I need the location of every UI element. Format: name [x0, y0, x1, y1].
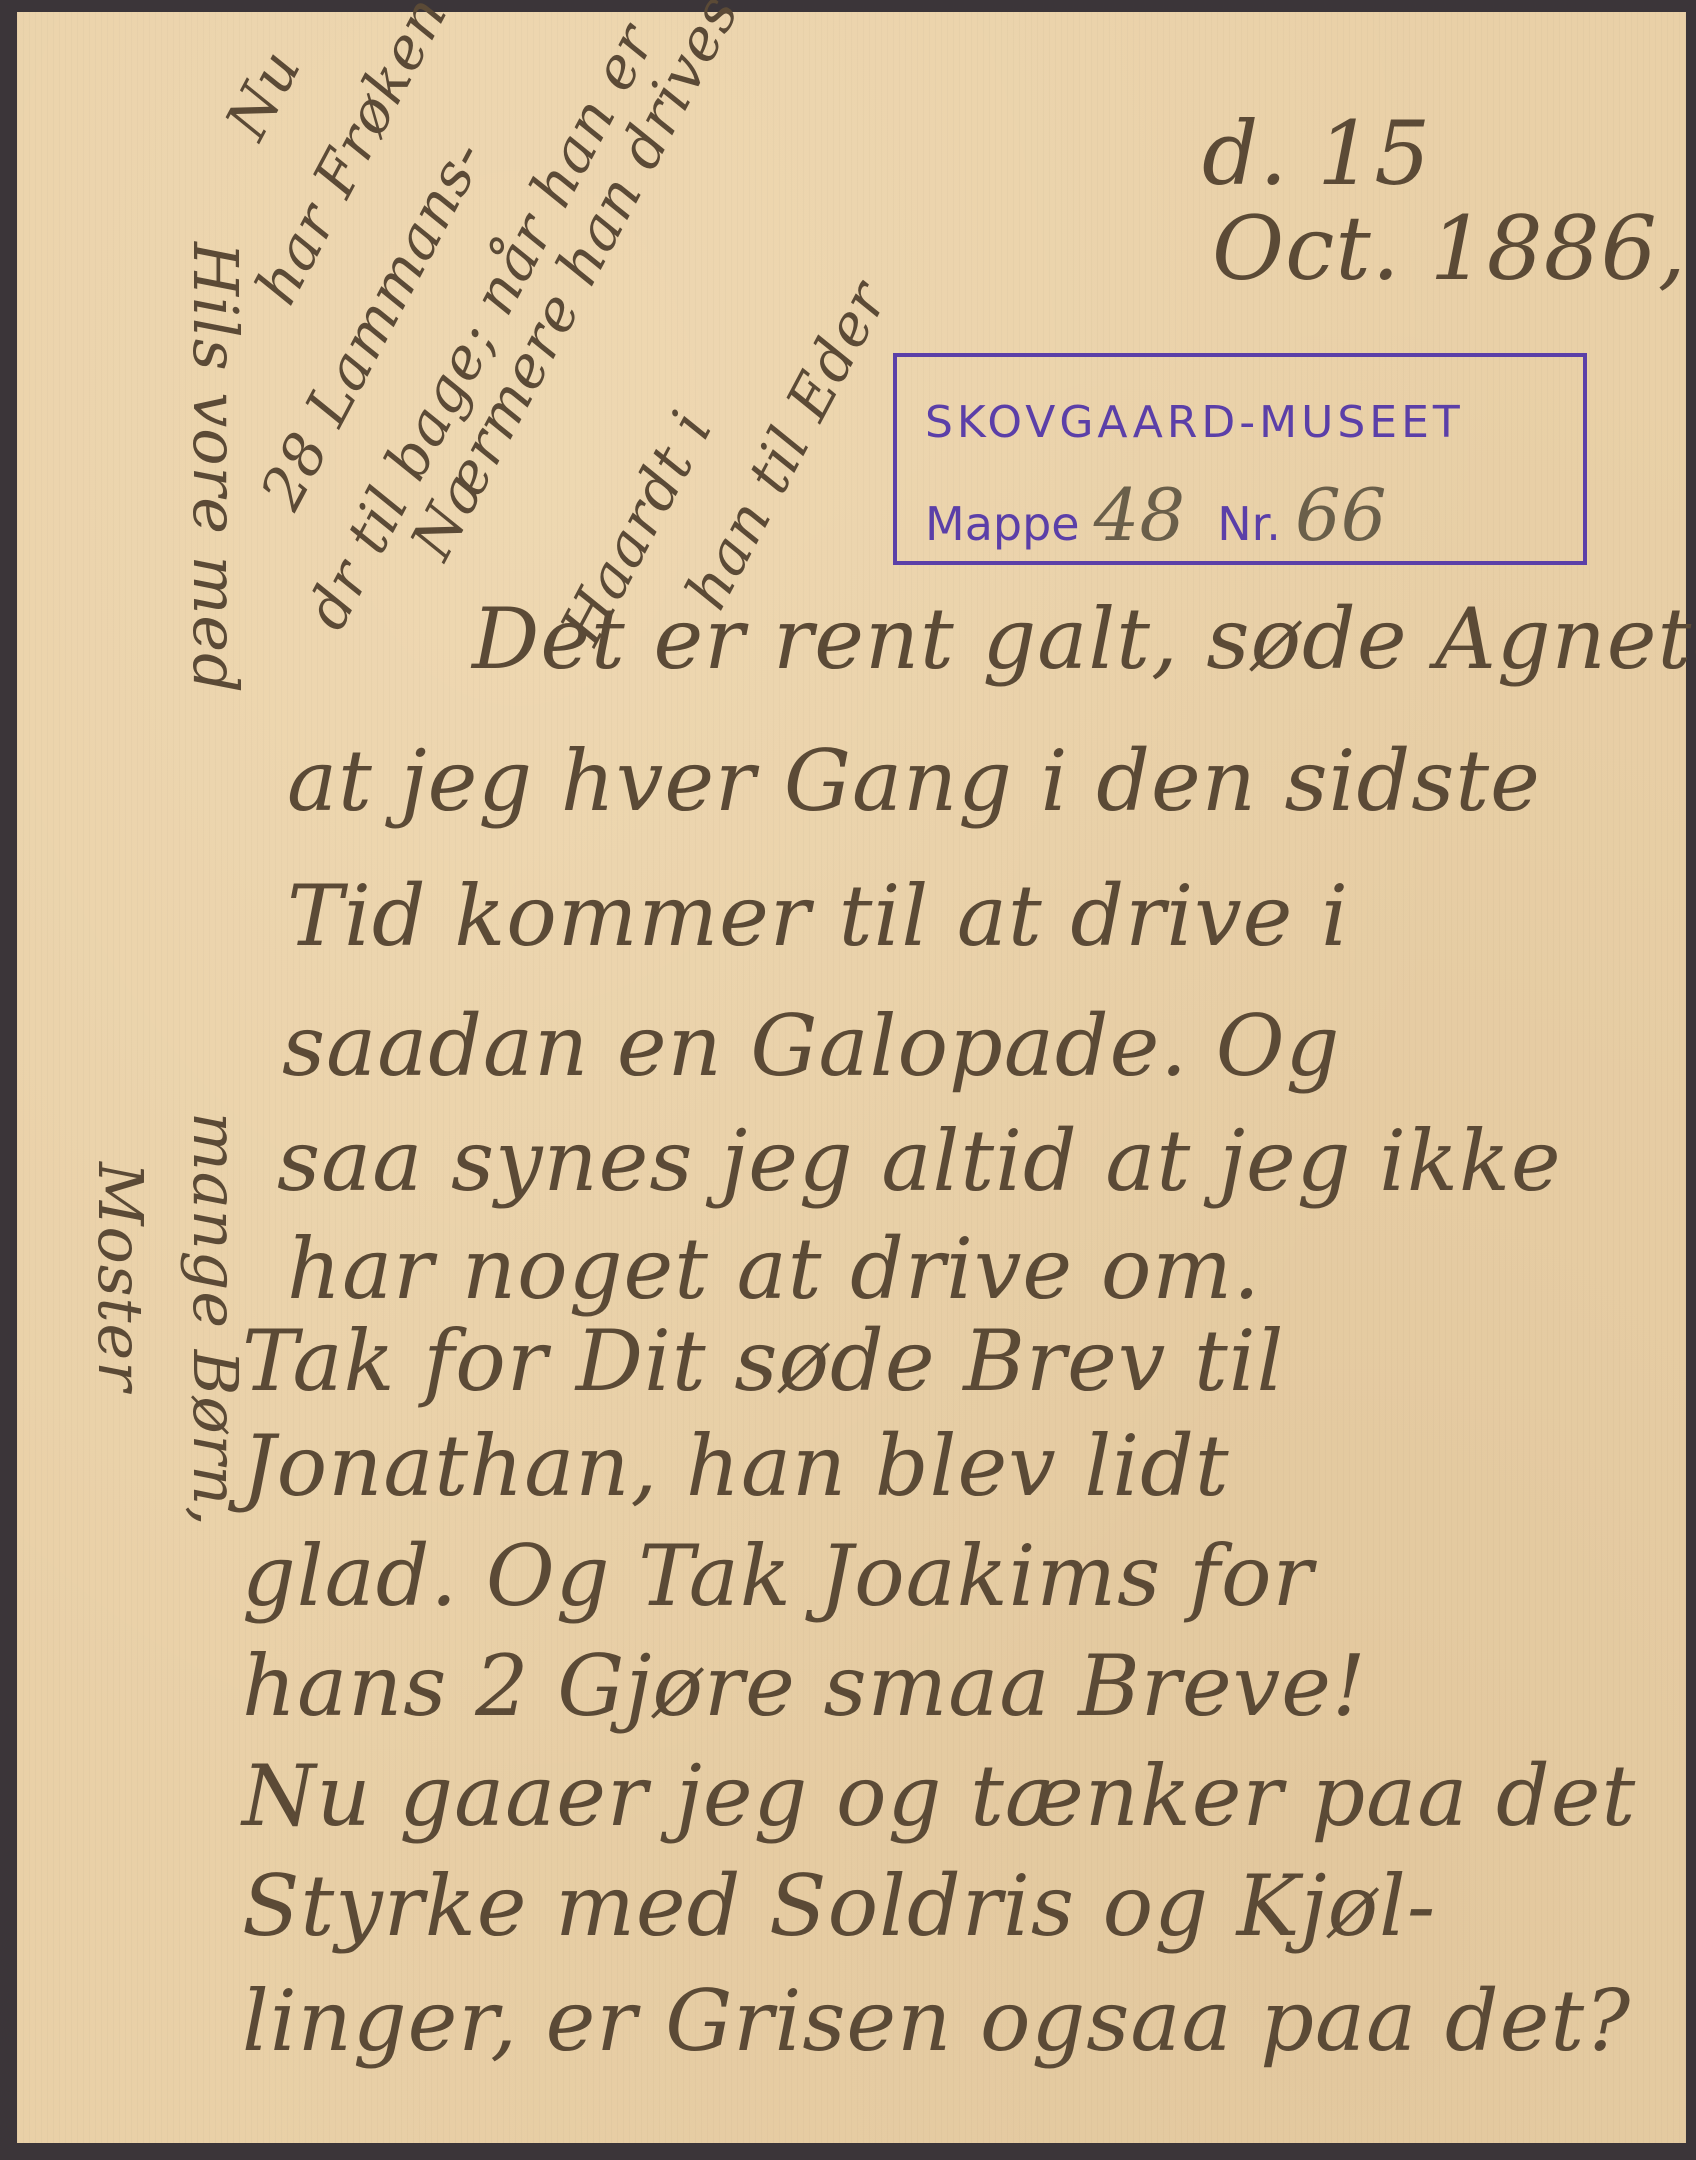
body-line: linger, er Grisen ogsaa paa det?: [242, 1972, 1631, 2070]
stamp-mappe-value: 48: [1094, 473, 1186, 557]
date-day: d. 15: [1202, 102, 1431, 205]
body-line: Nu gaaer jeg og tænker paa det: [242, 1747, 1636, 1845]
margin-note-line: Hils vore med: [179, 242, 252, 694]
date-month-year: Oct. 1886,: [1212, 197, 1687, 300]
body-line: Tid kommer til at drive i: [287, 867, 1349, 965]
letter-page: d. 15 Oct. 1886, SKOVGAARD-MUSEET Mappe …: [17, 12, 1686, 2143]
body-line: har noget at drive om.: [287, 1220, 1261, 1318]
margin-note-line: mange Børn,: [179, 1112, 252, 1527]
body-line: hans 2 Gjøre smaa Breve!: [242, 1637, 1367, 1735]
body-line: Styrke med Soldris og Kjøl-: [242, 1857, 1436, 1955]
body-line: Tak for Dit søde Brev til: [242, 1312, 1284, 1410]
diagonal-note-line: Nu: [212, 39, 314, 150]
body-line: saa synes jeg altid at jeg ikke: [277, 1112, 1562, 1210]
body-line: Jonathan, han blev lidt: [242, 1417, 1230, 1515]
stamp-institution: SKOVGAARD-MUSEET: [925, 397, 1464, 448]
body-line: at jeg hver Gang i den sidste: [287, 732, 1541, 830]
body-line: glad. Og Tak Joakims for: [242, 1527, 1314, 1625]
museum-stamp: SKOVGAARD-MUSEET Mappe 48 Nr. 66: [893, 353, 1587, 565]
stamp-reference-row: Mappe 48 Nr. 66: [925, 473, 1401, 557]
stamp-mappe-label: Mappe: [925, 497, 1080, 551]
stamp-nr-value: 66: [1295, 473, 1387, 557]
body-line: saadan en Galopade. Og: [282, 997, 1340, 1095]
margin-note-line: Moster: [84, 1162, 157, 1392]
body-line: Det er rent galt, søde Agnete: [472, 590, 1696, 688]
stamp-nr-label: Nr.: [1217, 497, 1281, 551]
